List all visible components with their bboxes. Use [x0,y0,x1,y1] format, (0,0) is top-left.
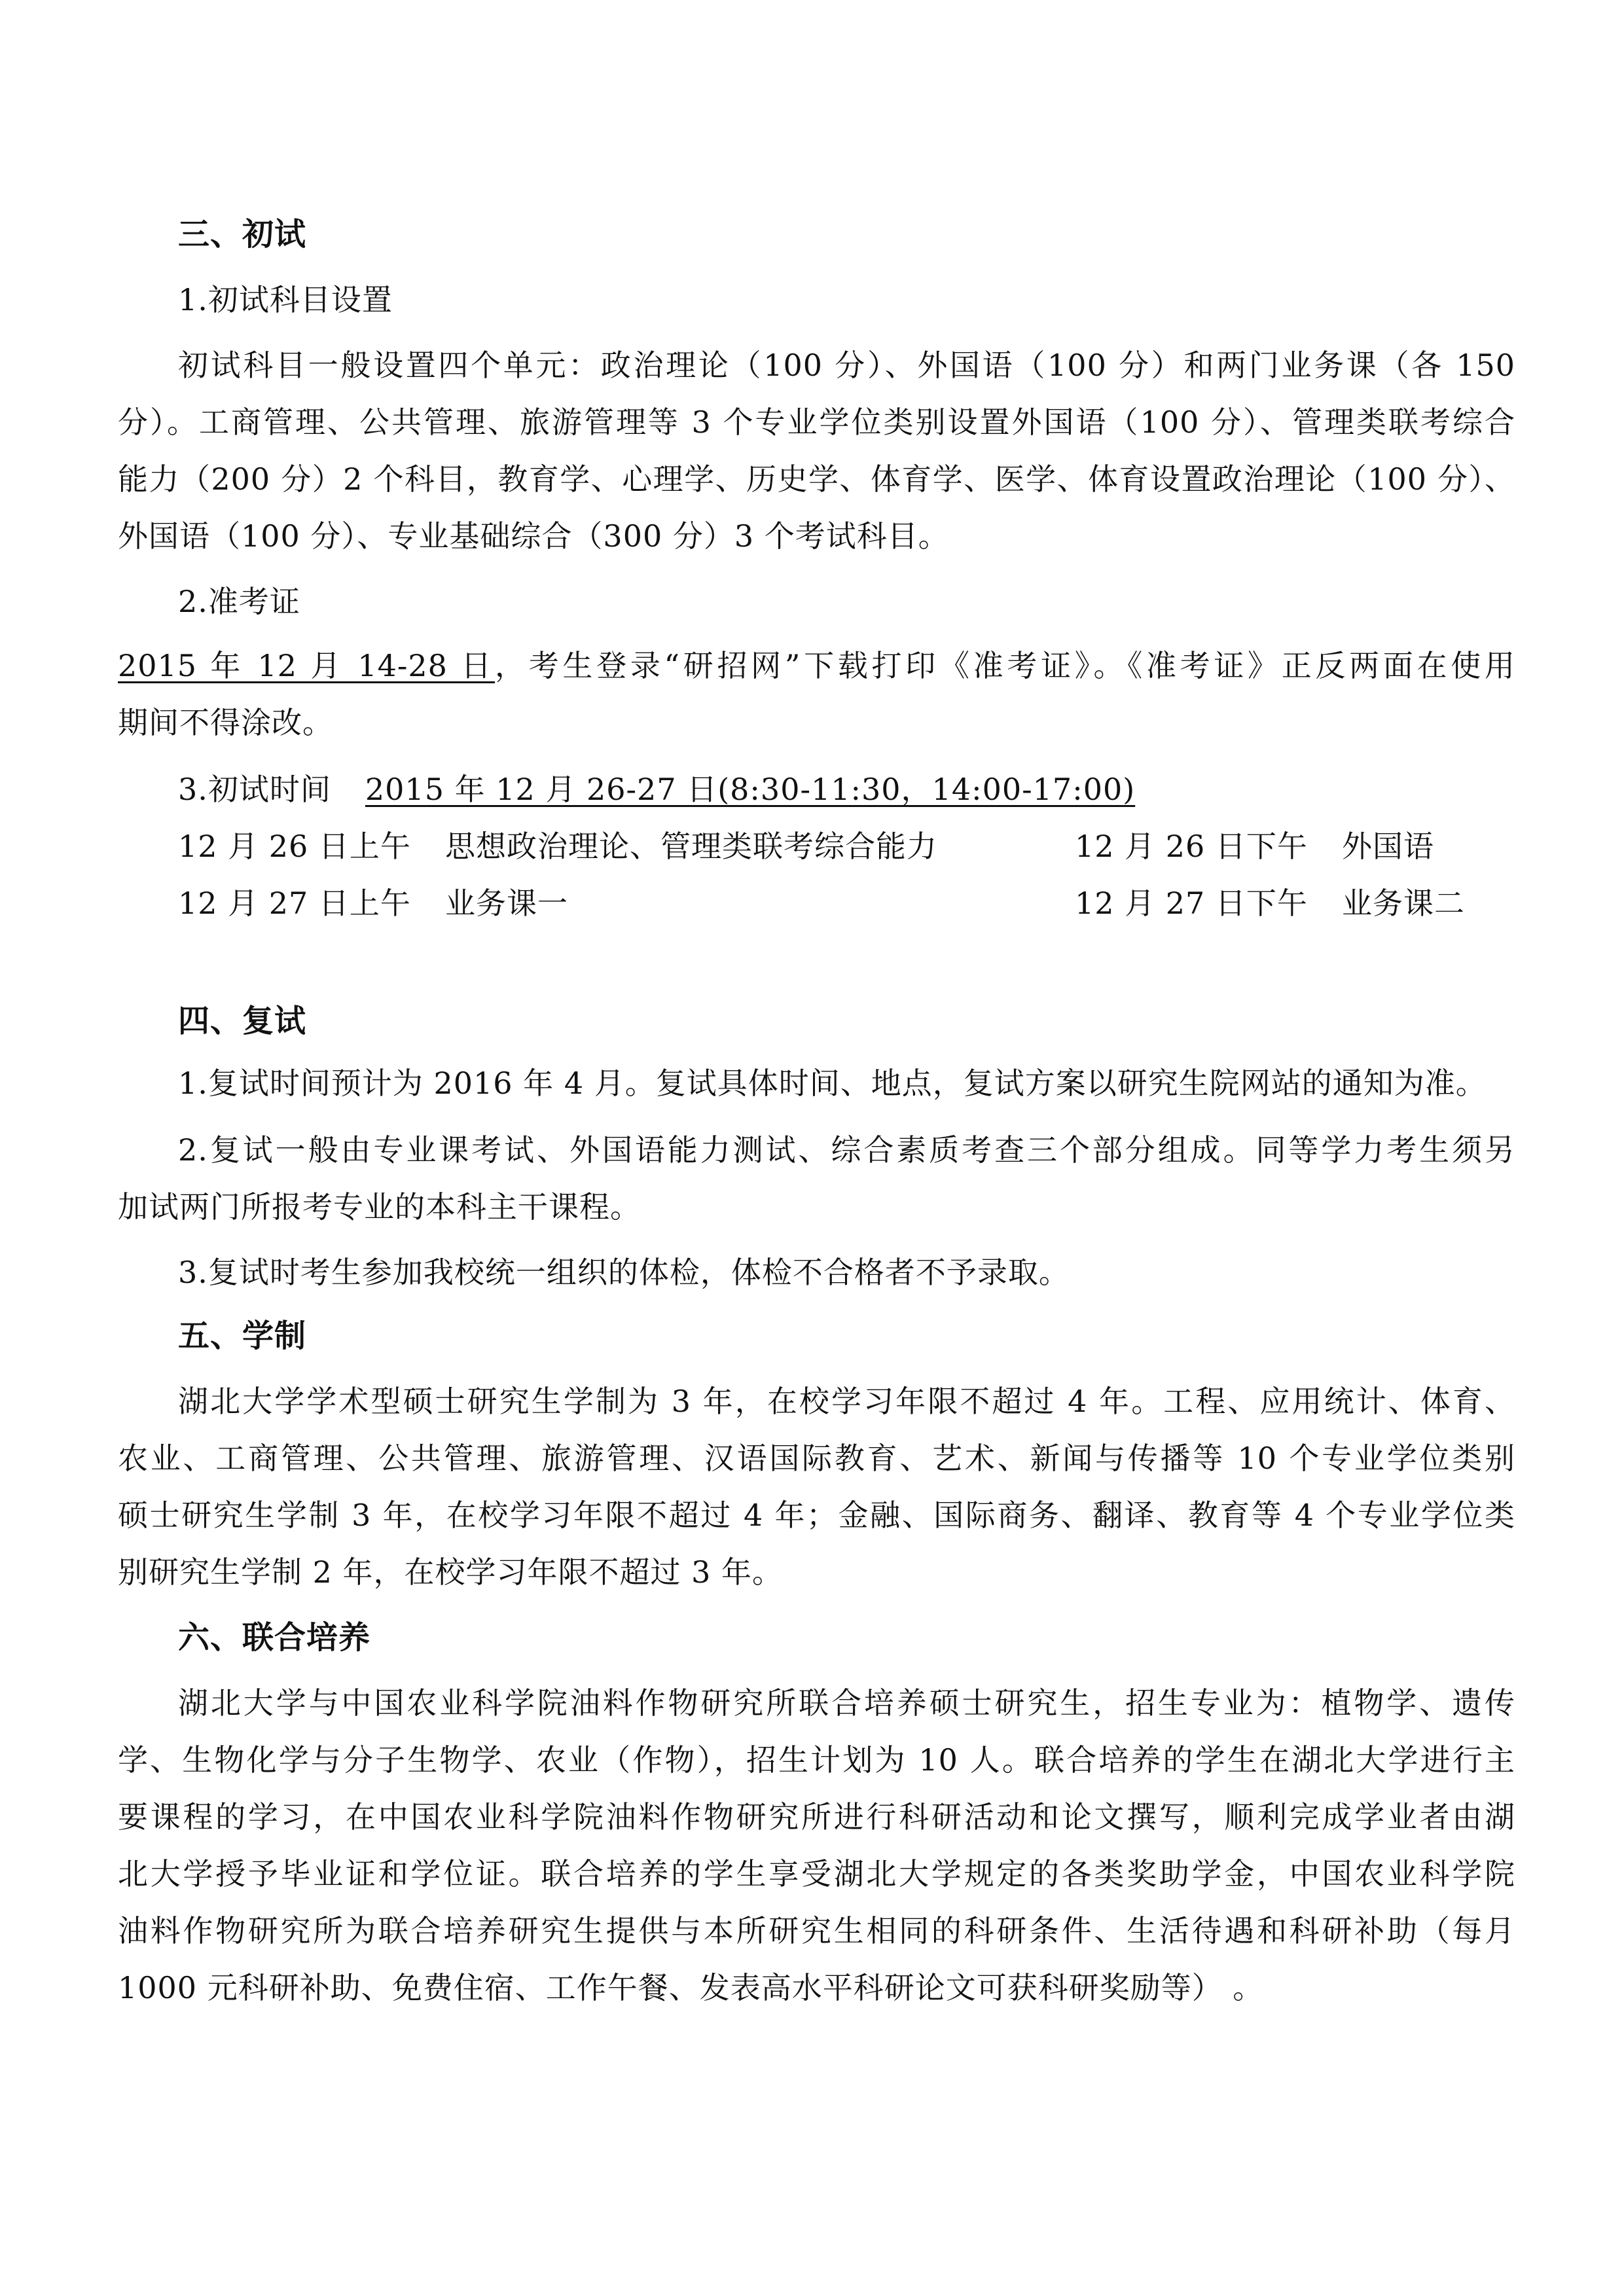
paragraph-line: 分）。工商管理、公共管理、旅游管理等 3 个专业学位类别设置外国语（100 分）… [118,403,1515,442]
schedule-col2: 12 月 27 日下午业务课二 [1075,884,1465,923]
paragraph-line: 硕士研究生学制 3 年，在校学习年限不超过 4 年；金融、国际商务、翻译、教育等… [118,1496,1515,1535]
paragraph-line: 3.复试时考生参加我校统一组织的体检，体检不合格者不予录取。 [178,1253,1070,1292]
exam-time-value: 2015 年 12 月 26-27 日(8:30-11:30，14:00-17:… [365,772,1135,807]
schedule-slot: 12 月 26 日上午 [178,829,411,864]
schedule-slot: 12 月 27 日上午 [178,886,411,921]
schedule-subject: 外国语 [1342,829,1434,864]
subheading-admission-ticket: 2.准考证 [178,582,300,621]
subheading-exam-time: 3.初试时间2015 年 12 月 26-27 日(8:30-11:30，14:… [178,770,1135,809]
schedule-row: 12 月 26 日上午思想政治理论、管理类联考综合能力 12 月 26 日下午外… [178,827,1515,866]
paragraph-line: 2015 年 12 月 14-28 日，考生登录“研招网”下载打印《准考证》。《… [118,646,1515,685]
paragraph-line: 1000 元科研补助、免费住宿、工作午餐、发表高水平科研论文可获科研奖励等） 。 [118,1968,1263,2007]
paragraph-line: 1.复试时间预计为 2016 年 4 月。复试具体时间、地点，复试方案以研究生院… [178,1064,1487,1103]
schedule-subject: 业务课一 [445,886,568,921]
subheading-exam-subjects: 1.初试科目设置 [178,280,393,319]
section-heading-duration: 五、学制 [178,1316,306,1355]
exam-time-label: 3.初试时间 [178,772,331,807]
paragraph-line: 初试科目一般设置四个单元：政治理论（100 分）、外国语（100 分）和两门业务… [178,346,1515,385]
paragraph-line: 湖北大学学术型硕士研究生学制为 3 年，在校学习年限不超过 4 年。工程、应用统… [178,1382,1515,1421]
schedule-subject: 业务课二 [1342,886,1465,921]
paragraph-line: 油料作物研究所为联合培养研究生提供与本所研究生相同的科研条件、生活待遇和科研补助… [118,1911,1515,1950]
section-heading-preliminary-exam: 三、初试 [178,215,306,254]
paragraph-line: 学、生物化学与分子生物学、农业（作物），招生计划为 10 人。联合培养的学生在湖… [118,1740,1515,1780]
paragraph-line: 农业、工商管理、公共管理、旅游管理、汉语国际教育、艺术、新闻与传播等 10 个专… [118,1439,1515,1478]
paragraph-line: 加试两门所报考专业的本科主干课程。 [118,1187,641,1227]
paragraph-line: 别研究生学制 2 年，在校学习年限不超过 3 年。 [118,1552,783,1592]
section-heading-retest: 四、复试 [178,1001,306,1041]
schedule-slot: 12 月 26 日下午 [1075,829,1308,864]
paragraph-line: 能力（200 分）2 个科目，教育学、心理学、历史学、体育学、医学、体育设置政治… [118,459,1515,499]
paragraph-line: 期间不得涂改。 [118,703,333,742]
admission-ticket-text: ，考生登录“研招网”下载打印《准考证》。《准考证》正反两面在使用 [495,648,1515,683]
schedule-row: 12 月 27 日上午业务课一 12 月 27 日下午业务课二 [178,884,1515,923]
schedule-slot: 12 月 27 日下午 [1075,886,1308,921]
paragraph-line: 外国语（100 分）、专业基础综合（300 分）3 个考试科目。 [118,516,949,556]
schedule-subject: 思想政治理论、管理类联考综合能力 [445,829,937,864]
paragraph-line: 要课程的学习，在中国农业科学院油料作物研究所进行科研活动和论文撰写，顺利完成学业… [118,1797,1515,1837]
paragraph-line: 2.复试一般由专业课考试、外国语能力测试、综合素质考查三个部分组成。同等学力考生… [178,1130,1515,1170]
schedule-col2: 12 月 26 日下午外国语 [1075,827,1434,866]
paragraph-line: 北大学授予毕业证和学位证。联合培养的学生享受湖北大学规定的各类奖助学金，中国农业… [118,1854,1515,1893]
admission-ticket-date: 2015 年 12 月 14-28 日 [118,648,495,683]
paragraph-line: 湖北大学与中国农业科学院油料作物研究所联合培养硕士研究生，招生专业为：植物学、遗… [178,1683,1515,1723]
section-heading-joint-training: 六、联合培养 [178,1618,370,1657]
